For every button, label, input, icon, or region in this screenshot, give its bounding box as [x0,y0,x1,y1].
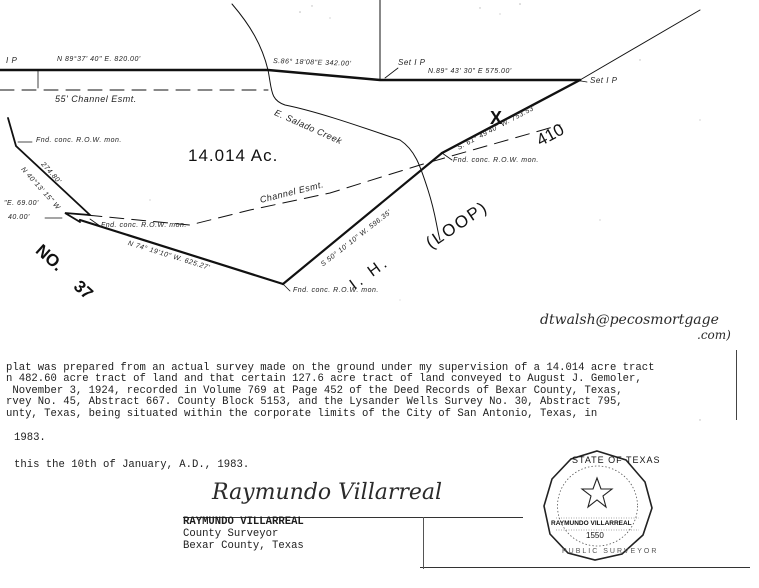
certificate-line: unty, Texas, being situated within the c… [6,409,654,421]
handwritten-email-line1: dtwalsh@pecosmortgage [540,312,719,328]
channel-easement-label-north: 55' Channel Esmt. [55,94,137,104]
south-boundary [80,220,283,284]
certificate-year: 1983. [14,433,46,445]
surveyor-name: RAYMUNDO VILLARREAL [183,517,304,529]
set-ip-middle: Set I P [398,58,426,67]
ih-loop-boundary [283,153,442,284]
certificate-date: this the 10th of January, A.D., 1983. [14,460,249,472]
seal-top-text: STATE OF TEXAS [572,455,661,465]
handwritten-email-line2: .com) [697,328,731,342]
signature-script: Raymundo Villarreal [212,480,442,505]
x-mark: X [490,108,502,129]
surveyor-title: County Surveyor [183,529,278,541]
bearing-north-east: N.89° 43' 30" E 575.00' [428,68,512,75]
row-extension [580,10,700,80]
set-ip-right: Set I P [590,76,618,85]
monument-label-loop: Fnd. conc. R.O.W. mon. [453,157,539,164]
monument-label-south: Fnd. conc. R.O.W. mon. [293,287,379,294]
iron-pin-label: I P [6,56,17,65]
seal-number: 1550 [586,531,604,540]
seal-bottom-text: PUBLIC SURVEYOR [562,548,658,555]
bearing-west-stub: "E. 69.00' [4,200,39,207]
baseline-rule [420,567,750,568]
surveyor-county: Bexar County, Texas [183,541,304,553]
seal-name: RAYMUNDO VILLARREAL [551,520,632,527]
page-border-line [736,350,737,420]
monument-label-west: Fnd. conc. R.O.W. mon. [36,137,122,144]
acreage-label: 14.014 Ac. [188,146,278,166]
surveyor-seal [540,448,655,563]
signature-divider [423,517,424,569]
star-icon [582,478,612,507]
bearing-west-stub-2: 40.00' [8,214,30,221]
creek-line [232,4,440,240]
monument-label-southwest: Fnd. conc. R.O.W. mon. [101,222,187,229]
certificate-text: plat was prepared from an actual survey … [6,351,654,432]
bearing-north-west: N 89°37' 40" E. 820.00' [57,56,141,63]
